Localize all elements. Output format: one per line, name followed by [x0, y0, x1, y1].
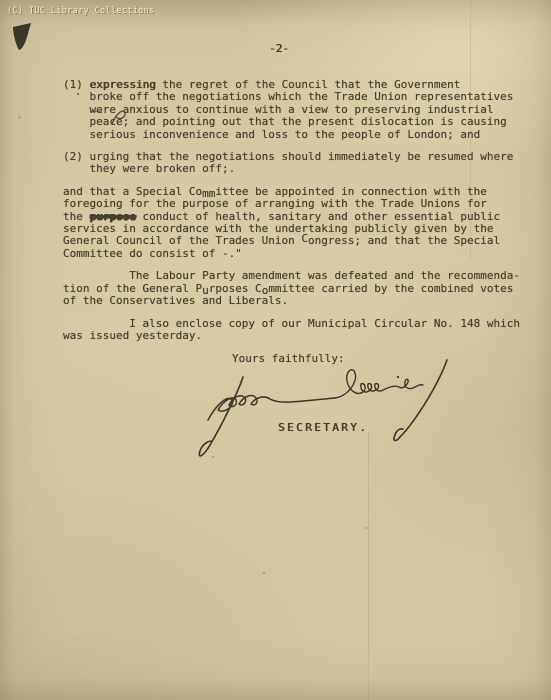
paper-crease: [470, 0, 471, 260]
text-line: broke off the negotiations which the Tra…: [63, 91, 538, 103]
paragraph-5: I also enclose copy of our Municipal Cir…: [63, 318, 538, 343]
paper-speck: [18, 116, 21, 119]
ink-speck: [77, 93, 79, 95]
text-line: General Council of the Trades Union Cong…: [63, 235, 538, 247]
text-line: Committee do consist of -.": [63, 248, 538, 260]
text-line: serious inconvenience and loss to the pe…: [63, 129, 538, 141]
photo-corner-mark: [10, 20, 36, 54]
text-line: of the Conservatives and Liberals.: [63, 295, 538, 307]
library-credit-watermark: (C) TUC Library Collections: [7, 6, 155, 16]
paragraph-4: The Labour Party amendment was defeated …: [63, 270, 538, 307]
paper-speck: [212, 456, 214, 458]
handwritten-signature: [150, 350, 460, 472]
text-line: was issued yesterday.: [63, 330, 538, 342]
letter-body: (1) expressing the regret of the Council…: [63, 79, 538, 352]
secretary-title: SECRETARY.: [278, 421, 368, 434]
paragraph-2: (2) urging that the negotiations should …: [63, 151, 538, 176]
paper-speck: [263, 572, 265, 574]
paper-crease: [368, 430, 369, 700]
text-line: they were broken off;.: [63, 163, 538, 175]
handwritten-insertion-mark: [108, 104, 134, 128]
paragraph-3: and that a Special Committee be appointe…: [63, 186, 538, 260]
paper-speck: [365, 527, 367, 529]
page-number: -2-: [269, 42, 289, 55]
document-photo: (C) TUC Library Collections -2- (1) expr…: [0, 0, 551, 700]
text-line: peace; and pointing out that the present…: [63, 116, 538, 128]
paragraph-1: (1) expressing the regret of the Council…: [63, 79, 538, 141]
